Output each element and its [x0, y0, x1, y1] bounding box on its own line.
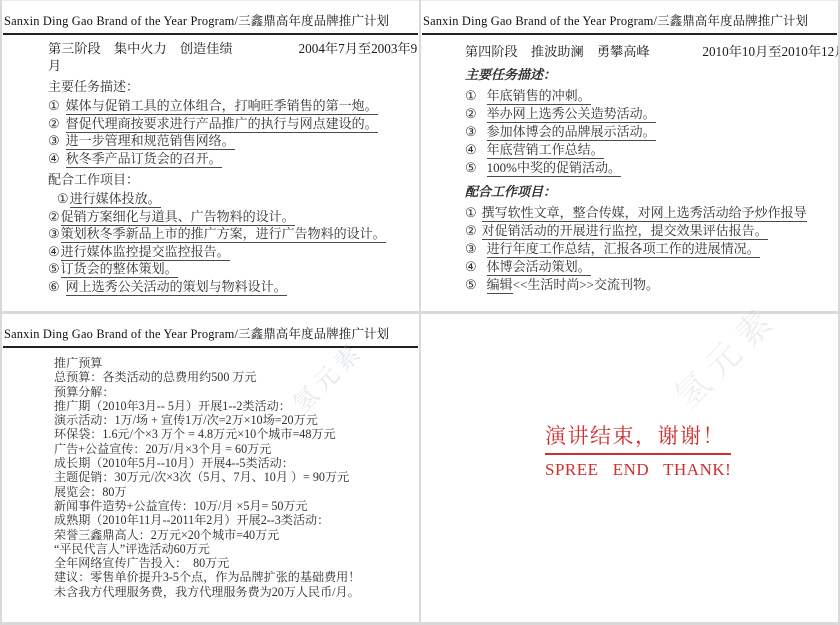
closing-message: 演讲结束，谢谢！ SPREE END THANK!	[545, 420, 731, 480]
list-item: ②促销方案细化与道具、广告物料的设计。	[48, 208, 419, 226]
phase3-title-line1: 第三阶段 集中火力 创造佳绩 2004年7月至2003年9	[48, 41, 419, 58]
budget-line: 总预算：各类活动的总费用约500 万元	[54, 370, 419, 384]
item-number: ⑤	[48, 261, 60, 276]
closing-text-cn: 演讲结束，谢谢！	[545, 420, 731, 455]
budget-line: “平民代言人”评选活动60万元	[54, 542, 419, 556]
item-number: ④	[48, 151, 60, 166]
slide-phase3: Sanxin Ding Gao Brand of the Year Progra…	[2, 1, 419, 311]
list-item: ⑤订货会的整体策划。	[48, 260, 419, 278]
phase3-tasks-label: 主要任务描述：	[48, 78, 419, 95]
list-item: ⑥网上选秀公关活动的策划与物料设计。	[48, 278, 419, 296]
item-number: ②	[48, 116, 60, 131]
phase4-tasks-label: 主要任务描述：	[465, 66, 838, 84]
budget-line: 环保袋：1.6元/个×3 万个 = 4.8万元×10个城市=48万元	[54, 427, 419, 441]
closing-text-en: SPREE END THANK!	[545, 460, 731, 480]
phase3-title-line2: 月	[48, 58, 419, 75]
item-number: ③	[465, 241, 477, 256]
list-item: ①撰写软性文章，整合传媒，对网上选秀活动给予炒作报导	[465, 204, 838, 222]
slide-budget: Sanxin Ding Gao Brand of the Year Progra…	[2, 314, 419, 622]
list-item: ②举办网上选秀公关造势活动。	[465, 105, 838, 123]
slide-phase4: Sanxin Ding Gao Brand of the Year Progra…	[421, 1, 838, 311]
list-item: ③参加体博会的品牌展示活动。	[465, 123, 838, 141]
list-item: ①进行媒体投放。	[57, 190, 419, 208]
item-number: ②	[465, 223, 477, 238]
budget-line: 推广预算	[54, 356, 419, 370]
list-item: ⑤100%中奖的促销活动。	[465, 159, 838, 177]
list-item: ④进行媒体监控提交监控报告。	[48, 243, 419, 261]
item-number: ②	[48, 209, 60, 224]
slide-header-title: Sanxin Ding Gao Brand of the Year Progra…	[3, 1, 418, 35]
list-item: ④年底营销工作总结。	[465, 141, 838, 159]
item-number: ①	[465, 205, 477, 220]
budget-line: 推广期（2010年3月-- 5月）开展1--2类活动：	[54, 399, 419, 413]
budget-line: 广告+公益宣传：20万/月×3个月 = 60万元	[54, 442, 419, 456]
slide-header-title: Sanxin Ding Gao Brand of the Year Progra…	[3, 314, 418, 348]
phase3-projects-label: 配合工作项目：	[48, 171, 419, 188]
list-item: ②对促销活动的开展进行监控，提交效果评估报告。	[465, 222, 838, 240]
budget-line: 展览会：80万	[54, 485, 419, 499]
list-item: ②督促代理商按要求进行产品推广的执行与网点建设的。	[48, 115, 419, 133]
list-item: ①媒体与促销工具的立体组合，打响旺季销售的第一炮。	[48, 97, 419, 115]
budget-line: 全年网络宣传广告投入： 80万元	[54, 556, 419, 570]
budget-line: 演示活动：1万/场 + 宣传1万/次=2万×10场=20万元	[54, 413, 419, 427]
budget-line: 成熟期（2010年11月--2011年2月）开展2--3类活动：	[54, 513, 419, 527]
slide-closing: 演讲结束，谢谢！ SPREE END THANK!	[421, 314, 838, 622]
budget-line: 荣誉三鑫鼎高人：2万元×20个城市=40万元	[54, 528, 419, 542]
list-item: ⑤编辑<<生活时尚>>交流刊物。	[465, 276, 838, 294]
list-item: ④秋冬季产品订货会的召开。	[48, 150, 419, 168]
phase4-projects-label: 配合工作项目：	[465, 183, 838, 201]
item-number: ⑤	[465, 277, 477, 292]
item-number: ③	[48, 133, 60, 148]
list-item: ③策划秋冬季新品上市的推广方案，进行广告物料的设计。	[48, 225, 419, 243]
list-item: ④体博会活动策划。	[465, 258, 838, 276]
item-number: ③	[465, 124, 477, 139]
item-number: ④	[465, 259, 477, 274]
budget-line: 未含我方代理服务费，我方代理服务费为20万人民币/月。	[54, 585, 419, 599]
item-number: ④	[48, 244, 60, 259]
item-number: ⑥	[48, 279, 60, 294]
budget-line: 新闻事件造势+公益宣传：10万/月 ×5月= 50万元	[54, 499, 419, 513]
item-number: ②	[465, 106, 477, 121]
item-number: ③	[48, 226, 60, 241]
budget-line: 主题促销：30万元/次×3次（5月、7月、10月 ）= 90万元	[54, 470, 419, 484]
list-item: ③进行年度工作总结，汇报各项工作的进展情况。	[465, 240, 838, 258]
list-item: ①年底销售的冲刺。	[465, 87, 838, 105]
budget-line: 成长期（2010年5月--10月）开展4--5类活动：	[54, 456, 419, 470]
item-number: ④	[465, 142, 477, 157]
budget-line: 建议：零售单价提升3-5个点，作为品牌扩张的基础费用！	[54, 570, 419, 584]
list-item: ③进一步管理和规范销售网络。	[48, 132, 419, 150]
phase4-title: 第四阶段 推波助澜 勇攀高峰 2010年10月至2010年12月	[465, 43, 838, 60]
item-number: ①	[465, 88, 477, 103]
budget-line: 预算分解：	[54, 385, 419, 399]
item-number: ⑤	[465, 160, 477, 175]
item-number: ①	[48, 98, 60, 113]
item-number: ①	[57, 191, 69, 206]
slide-header-title: Sanxin Ding Gao Brand of the Year Progra…	[422, 1, 837, 35]
